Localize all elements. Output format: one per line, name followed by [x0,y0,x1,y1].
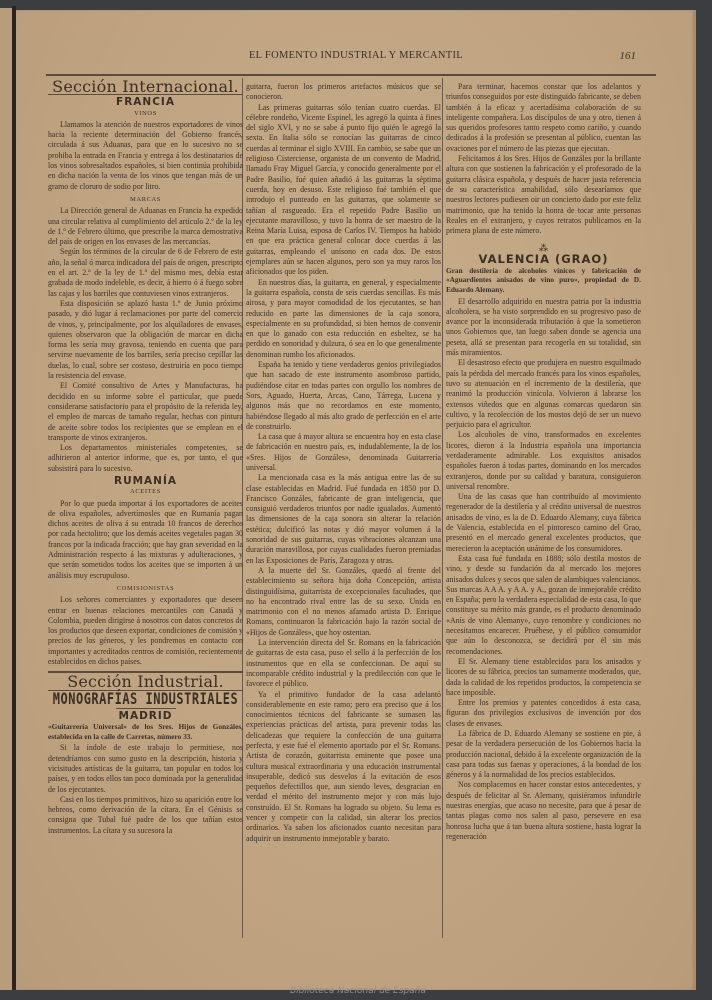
article-paragraph: En nuestros días, la guitarra, en genera… [246,278,441,360]
article-paragraph: El Comité consultivo de Artes y Manufact… [48,381,243,443]
heading-valencia: VALENCIA (GRAO) [446,254,641,264]
heading-francia: FRANCIA [48,97,243,107]
article-paragraph: Según los términos de la circular de 6 d… [48,247,243,298]
article-paragraph: Los alcoholes de vino, transformados en … [446,430,641,492]
article-paragraph: Las primeras guitarras sólo tenían cuatr… [246,103,441,278]
column-1: Sección Internacional. FRANCIA VINOS Lla… [48,82,243,836]
article-paragraph: La Dirección general de Aduanas en Franc… [48,206,243,247]
subheading-comisionistas: COMISIONISTAS [48,584,243,594]
article-paragraph: Los señores comerciantes y exportadores … [48,595,243,667]
page-number: 161 [620,50,637,62]
article-paragraph: El Sr. Alemany tiene establecidos para l… [446,657,641,698]
heading-madrid: MADRID [48,711,243,721]
article-paragraph: Entre los premios y patentes concedidos … [446,698,641,729]
column-2: guitarra, fueron los primeros artefactos… [246,82,441,844]
article-paragraph: Si la índole de este trabajo lo permitie… [48,743,243,794]
article-paragraph: La casa que á mayor altura se encuentra … [246,432,441,473]
asterism-ornament: ⁂ [446,244,641,252]
article-paragraph: Esta casa fué fundada en 1888; sólo dest… [446,554,641,657]
article-paragraph: El desastroso efecto que produjera en nu… [446,358,641,430]
article-paragraph: La intervención directa del Sr. Romans e… [246,638,441,689]
monografias-title: MONOGRAFÍAS INDUSTRIALES [48,692,243,705]
article-paragraph: Ya el primitivo fundador de la casa adel… [246,690,441,844]
column-divider [442,78,443,938]
article-paragraph: Llamamos la atención de nuestros exporta… [48,120,243,192]
article-paragraph: Los departamentos ministeriales competen… [48,443,243,474]
article-paragraph: La fábrica de D. Eduardo Alemany se sost… [446,729,641,780]
article-subtitle: «Guitarrería Universal» de los Sres. Hij… [48,722,243,741]
running-title: EL FOMENTO INDUSTRIAL Y MERCANTIL [16,50,696,61]
article-paragraph: guitarra, fueron los primeros artefactos… [246,82,441,103]
article-paragraph: España ha tenido y tiene verdaderos geni… [246,360,441,432]
heading-rumania: RUMANÍA [48,476,243,486]
short-rule [116,708,176,709]
article-paragraph: El desarrollo adquirido en nuestra patri… [446,297,641,359]
article-paragraph: La mencionada casa es la más antigua ent… [246,473,441,566]
section-title-industrial: Sección Industrial. [48,677,243,687]
article-paragraph: Nos complacemos en hacer constar estos a… [446,780,641,842]
article-paragraph: Una de las casas que han contribuído al … [446,492,641,554]
article-paragraph: A la muerte del Sr. Gonzáles, quedó al f… [246,566,441,638]
article-paragraph: Casi en los tiempos primitivos, hizo su … [48,795,243,836]
section-title-international: Sección Internacional. [48,82,243,92]
article-paragraph: Esta disposición se aplazó hasta 1.º de … [48,299,243,381]
article-paragraph: Por lo que pueda importar á los exportad… [48,499,243,581]
article-paragraph: Para terminar, hacemos constar que los a… [446,82,641,154]
article-paragraph: Felicitamos á los Sres. Hijos de Gonzále… [446,154,641,236]
newspaper-page: EL FOMENTO INDUSTRIAL Y MERCANTIL 161 Se… [16,10,696,990]
header-rule [46,74,656,76]
library-watermark: Biblioteca Nacional de España [290,986,426,996]
subheading-marcas: MARCAS [48,195,243,205]
subheading-aceites: ACEITES [48,487,243,497]
article-subtitle: Gran destilería de alcoholes vínicos y f… [446,266,641,295]
page-edge [693,10,696,990]
column-3: Para terminar, hacemos constar que los a… [446,82,641,842]
subheading-vinos: VINOS [48,109,243,119]
